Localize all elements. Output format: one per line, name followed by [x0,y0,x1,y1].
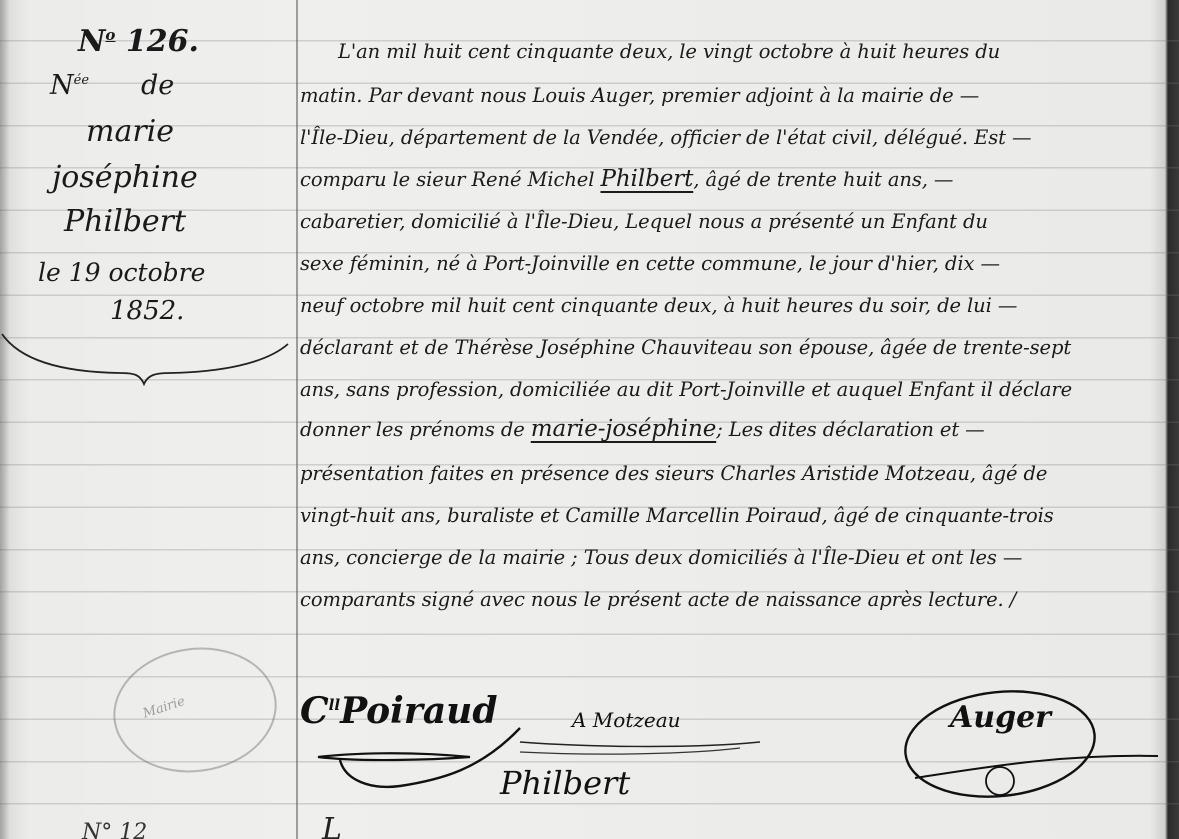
margin-rule [296,0,298,839]
next-entry-body-fragment: L [322,812,342,839]
birth-year: 1852. [110,296,184,326]
body-line-2: matin. Par devant nous Louis Auger, prem… [300,84,979,107]
next-entry-margin-fragment: N° 12 [82,820,147,839]
given-name-2: joséphine [52,160,198,195]
body-line-7: neuf octobre mil huit cent cinquante deu… [300,294,1017,317]
body-line-1: L'an mil huit cent cinquante deux, le vi… [338,40,1000,63]
body-line-5: cabaretier, domicilié à l'Île-Dieu, Lequ… [300,210,988,233]
body-line-10: donner les prénoms de marie-joséphine; L… [300,416,985,442]
born-label: Néede [50,70,174,101]
margin-entry: No 126. Néede marie joséphine Philbert l… [0,0,296,330]
body-line-9: ans, sans profession, domiciliée au dit … [300,378,1072,401]
body-line-8: déclarant et de Thérèse Joséphine Chauvi… [300,336,1071,359]
child-given-names: marie-joséphine [531,416,716,442]
signature-philbert: Philbert [500,764,630,802]
given-name-1: marie [86,114,174,149]
surname: Philbert [64,204,186,239]
body-line-12: vingt-huit ans, buraliste et Camille Mar… [300,504,1054,527]
brace-flourish [0,330,296,390]
register-page: No 126. Néede marie joséphine Philbert l… [0,0,1179,839]
body-line-4: comparu le sieur René Michel Philbert, â… [300,166,953,192]
signature-auger: Auger [950,700,1051,735]
father-surname: Philbert [600,166,693,192]
body-line-6: sexe féminin, né à Port-Joinville en cet… [300,252,1000,275]
signature-poiraud: CllPoiraud [300,690,498,732]
mairie-stamp: Mairie [105,637,285,783]
signature-motzeau: A Motzeau [572,708,681,732]
body-line-14: comparants signé avec nous le présent ac… [300,588,1016,611]
stamp-label: Mairie [141,694,187,722]
body-line-3: l'Île-Dieu, département de la Vendée, of… [300,126,1031,149]
entry-number: No 126. [78,24,199,59]
body-line-11: présentation faites en présence des sieu… [300,462,1047,485]
body-line-13: ans, concierge de la mairie ; Tous deux … [300,546,1022,569]
birth-date: le 19 octobre [38,258,205,287]
